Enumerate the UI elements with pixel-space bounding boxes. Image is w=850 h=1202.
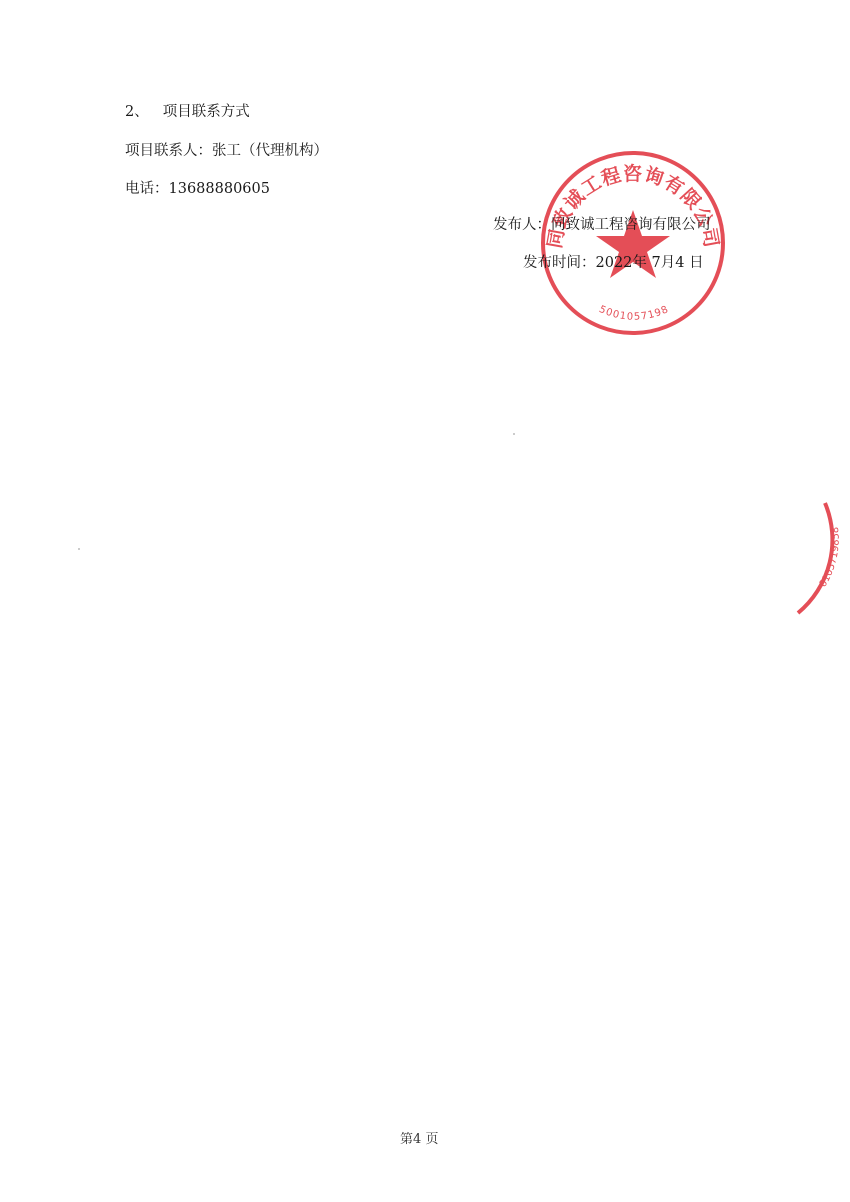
date-month: 7 — [652, 255, 661, 271]
publish-date: 发布时间：2022年 7月4 日 — [523, 256, 704, 271]
date-year: 2022 — [596, 255, 633, 271]
phone-value: 13688880605 — [169, 181, 270, 197]
date-day-unit: 日 — [689, 255, 704, 271]
publisher-label: 发布人： — [493, 217, 551, 233]
page-prefix: 第 — [400, 1132, 413, 1147]
phone: 电话：13688880605 — [125, 182, 270, 197]
date-year-unit: 年 — [632, 255, 647, 271]
date-month-unit: 月 — [661, 255, 676, 271]
page-value: 4 — [413, 1132, 421, 1147]
publisher-value: 同致诚工程咨询有限公司 — [551, 217, 711, 233]
publisher: 发布人：同致诚工程咨询有限公司 — [493, 218, 711, 233]
cross-page-seal-icon: 0105719858 — [770, 495, 850, 620]
page-suffix: 页 — [425, 1132, 438, 1147]
contact-label: 项目联系人： — [125, 143, 212, 159]
publish-date-label: 发布时间： — [523, 255, 596, 271]
contact-value: 张工（代理机构） — [212, 143, 328, 159]
section-heading: 2、项目联系方式 — [125, 105, 250, 120]
section-number: 2、 — [125, 104, 149, 120]
scan-speck — [78, 548, 80, 550]
side-seal-code: 0105719858 — [818, 526, 842, 589]
svg-text:0105719858: 0105719858 — [818, 526, 842, 589]
date-day: 4 — [675, 255, 684, 271]
section-title: 项目联系方式 — [163, 104, 250, 120]
seal-code: 5001057198 — [597, 304, 671, 323]
svg-text:5001057198: 5001057198 — [597, 304, 671, 323]
scan-speck — [513, 433, 515, 435]
page-number: 第4 页 — [400, 1133, 438, 1146]
contact-person: 项目联系人：张工（代理机构） — [125, 144, 328, 159]
phone-label: 电话： — [125, 181, 169, 197]
company-seal-icon: 同致诚工程咨询有限公司 5001057198 — [538, 148, 728, 338]
